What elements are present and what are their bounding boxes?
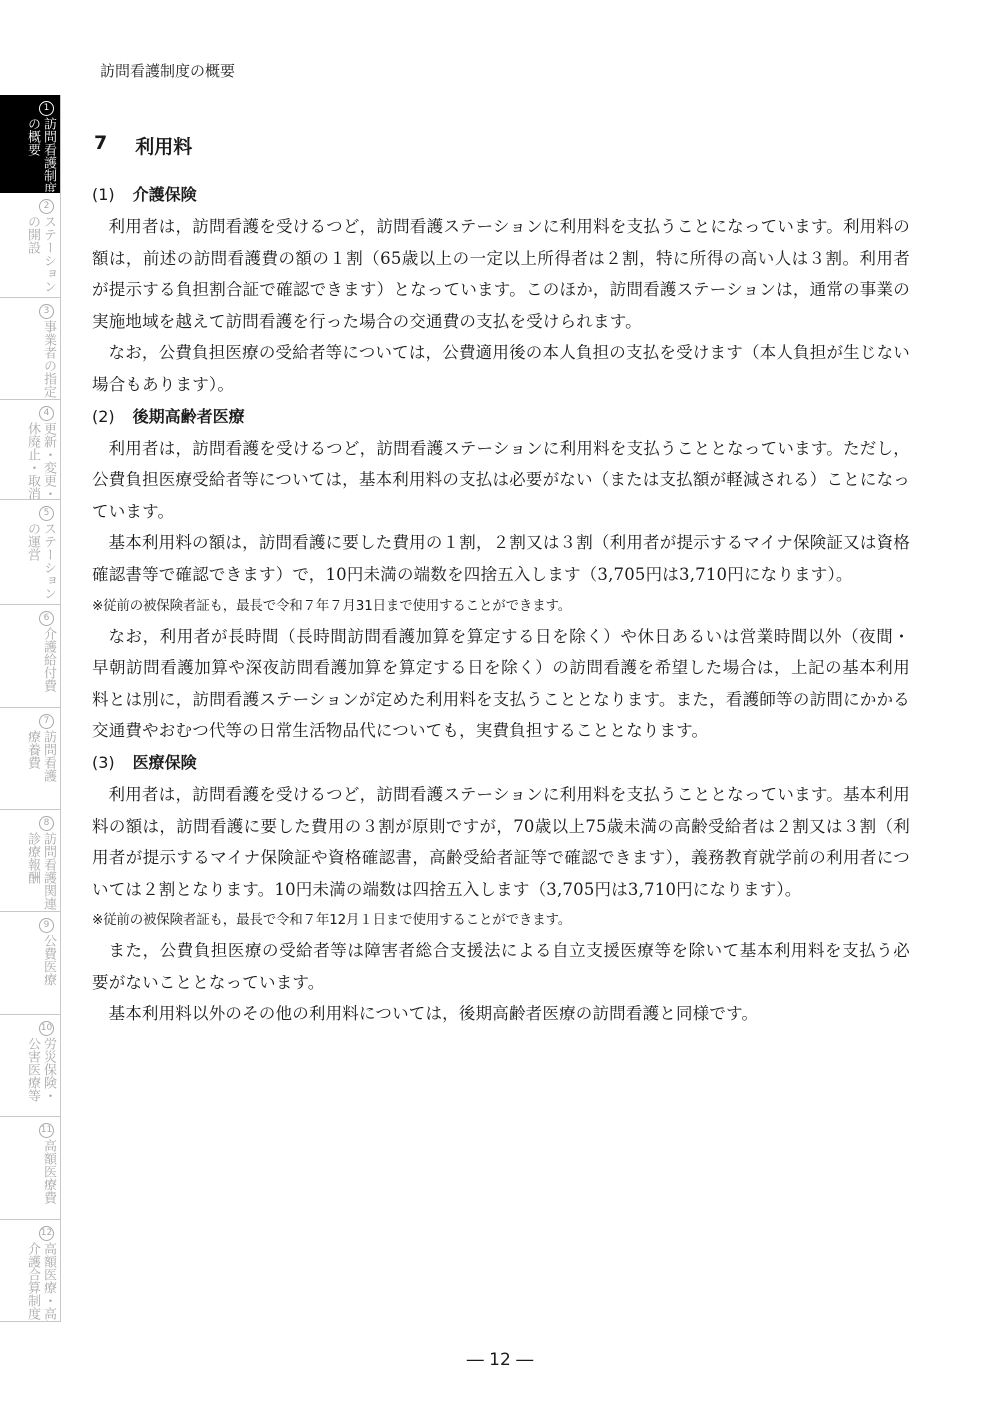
footnote: ※従前の被保険者証も，最長で令和７年12月１日まで使用することができます。 bbox=[92, 905, 910, 935]
chapter-tab-label: 更新・変更・休廃止・取消し bbox=[25, 422, 56, 500]
chapter-tab-label-line: 休廃止・取消し bbox=[25, 422, 40, 500]
chapter-tab-2[interactable]: 2ステーションの開設 bbox=[0, 193, 60, 298]
paragraph: 利用者は，訪問看護を受けるつど，訪問看護ステーションに利用料を支払うことになって… bbox=[92, 211, 910, 337]
subsection-heading: (3)医療保険 bbox=[92, 747, 910, 779]
chapter-tab-label-line: の開設 bbox=[25, 215, 40, 293]
paragraph: 利用者は，訪問看護を受けるつど，訪問看護ステーションに利用料を支払うこととなって… bbox=[92, 779, 910, 905]
circled-number-icon: 1 bbox=[39, 101, 54, 116]
chapter-tab-label-line: 更新・変更・ bbox=[41, 422, 56, 500]
paragraph: また，公費負担医療の受給者等は障害者総合支援法による自立支援医療等を除いて基本利… bbox=[92, 935, 910, 998]
chapter-index-tabs: 1訪問看護制度の概要2ステーションの開設3事業者の指定4更新・変更・休廃止・取消… bbox=[0, 95, 61, 1322]
subsection-heading: (1)介護保険 bbox=[92, 179, 910, 211]
chapter-tab-label: 訪問看護関連診療報酬 bbox=[25, 832, 56, 910]
subsection-number: (2) bbox=[92, 401, 115, 433]
circled-number-icon: 3 bbox=[39, 304, 54, 319]
chapter-tab-5[interactable]: 5ステーションの運営 bbox=[0, 500, 60, 605]
chapter-tab-label-line: ステーション bbox=[41, 522, 56, 600]
chapter-tab-label: 介護給付費 bbox=[41, 627, 56, 692]
chapter-tab-11[interactable]: 11高額医療費 bbox=[0, 1117, 60, 1220]
subsections: (1)介護保険利用者は，訪問看護を受けるつど，訪問看護ステーションに利用料を支払… bbox=[92, 179, 910, 1030]
chapter-tab-label: ステーションの開設 bbox=[25, 215, 56, 293]
chapter-tab-label: 高額医療・高額介護合算制度 bbox=[25, 1242, 56, 1322]
chapter-tab-label-line: 訪問看護制度 bbox=[41, 117, 56, 193]
subsection-title: 医療保険 bbox=[133, 747, 197, 779]
footnote: ※従前の被保険者証も，最長で令和７年７月31日まで使用することができます。 bbox=[92, 591, 910, 621]
subsection-title: 後期高齢者医療 bbox=[133, 401, 245, 433]
chapter-tab-6[interactable]: 6介護給付費 bbox=[0, 605, 60, 708]
page-number: ― 12 ― bbox=[0, 1350, 1000, 1370]
circled-number-icon: 7 bbox=[39, 714, 54, 729]
chapter-tab-label-line: 訪問看護関連 bbox=[41, 832, 56, 910]
section-heading: 利用料 bbox=[135, 132, 192, 159]
chapter-tab-label: 訪問看護療養費 bbox=[25, 730, 56, 782]
chapter-tab-1[interactable]: 1訪問看護制度の概要 bbox=[0, 95, 60, 193]
paragraph: なお，公費負担医療の受給者等については，公費適用後の本人負担の支払を受けます（本… bbox=[92, 337, 910, 400]
circled-number-icon: 10 bbox=[39, 1021, 54, 1036]
circled-number-icon: 12 bbox=[39, 1226, 54, 1241]
circled-number-icon: 6 bbox=[39, 611, 54, 626]
chapter-tab-label-line: 労災保険・ bbox=[41, 1037, 56, 1102]
subsection-number: (3) bbox=[92, 747, 115, 779]
chapter-tab-label: 訪問看護制度の概要 bbox=[25, 117, 56, 193]
chapter-tab-label-line: 療養費 bbox=[25, 730, 40, 782]
circled-number-icon: 2 bbox=[39, 199, 54, 214]
main-content: 7 利用料 (1)介護保険利用者は，訪問看護を受けるつど，訪問看護ステーションに… bbox=[92, 120, 910, 1030]
chapter-tab-10[interactable]: 10労災保険・公害医療等 bbox=[0, 1015, 60, 1117]
subsection-title: 介護保険 bbox=[133, 179, 197, 211]
chapter-tab-label-line: 介護合算制度 bbox=[25, 1242, 40, 1322]
chapter-tab-label-line: の運営 bbox=[25, 522, 40, 600]
running-head: 訪問看護制度の概要 bbox=[100, 60, 235, 81]
section-number: 7 bbox=[94, 132, 107, 159]
chapter-tab-12[interactable]: 12高額医療・高額介護合算制度 bbox=[0, 1220, 60, 1322]
chapter-tab-label-line: の概要 bbox=[25, 117, 40, 193]
chapter-tab-label: ステーションの運営 bbox=[25, 522, 56, 600]
chapter-tab-label-line: 公費医療 bbox=[41, 934, 56, 986]
paragraph: 基本利用料以外のその他の利用料については，後期高齢者医療の訪問看護と同様です。 bbox=[92, 998, 910, 1030]
subsection-heading: (2)後期高齢者医療 bbox=[92, 401, 910, 433]
paragraph: 基本利用料の額は，訪問看護に要した費用の１割，２割又は３割（利用者が提示するマイ… bbox=[92, 527, 910, 590]
chapter-tab-label: 労災保険・公害医療等 bbox=[25, 1037, 56, 1102]
circled-number-icon: 8 bbox=[39, 816, 54, 831]
circled-number-icon: 4 bbox=[39, 406, 54, 421]
chapter-tab-label-line: ステーション bbox=[41, 215, 56, 293]
chapter-tab-3[interactable]: 3事業者の指定 bbox=[0, 298, 60, 400]
chapter-tab-label-line: 高額医療・高額 bbox=[41, 1242, 56, 1322]
chapter-tab-label-line: 診療報酬 bbox=[25, 832, 40, 910]
section-title: 7 利用料 bbox=[94, 132, 910, 159]
chapter-tab-label-line: 訪問看護 bbox=[41, 730, 56, 782]
chapter-tab-label-line: 介護給付費 bbox=[41, 627, 56, 692]
chapter-tab-label: 公費医療 bbox=[41, 934, 56, 986]
chapter-tab-label-line: 高額医療費 bbox=[41, 1139, 56, 1204]
chapter-tab-label-line: 公害医療等 bbox=[25, 1037, 40, 1102]
chapter-tab-9[interactable]: 9公費医療 bbox=[0, 912, 60, 1015]
chapter-tab-8[interactable]: 8訪問看護関連診療報酬 bbox=[0, 810, 60, 912]
paragraph: 利用者は，訪問看護を受けるつど，訪問看護ステーションに利用料を支払うこととなって… bbox=[92, 433, 910, 528]
chapter-tab-label-line: 事業者の指定 bbox=[41, 320, 56, 398]
chapter-tab-7[interactable]: 7訪問看護療養費 bbox=[0, 708, 60, 810]
chapter-tab-label: 高額医療費 bbox=[41, 1139, 56, 1204]
paragraph: なお，利用者が長時間（長時間訪問看護加算を算定する日を除く）や休日あるいは営業時… bbox=[92, 621, 910, 747]
circled-number-icon: 5 bbox=[39, 506, 54, 521]
chapter-tab-label: 事業者の指定 bbox=[41, 320, 56, 398]
circled-number-icon: 11 bbox=[39, 1123, 54, 1138]
chapter-tab-4[interactable]: 4更新・変更・休廃止・取消し bbox=[0, 400, 60, 500]
subsection-number: (1) bbox=[92, 179, 115, 211]
circled-number-icon: 9 bbox=[39, 918, 54, 933]
